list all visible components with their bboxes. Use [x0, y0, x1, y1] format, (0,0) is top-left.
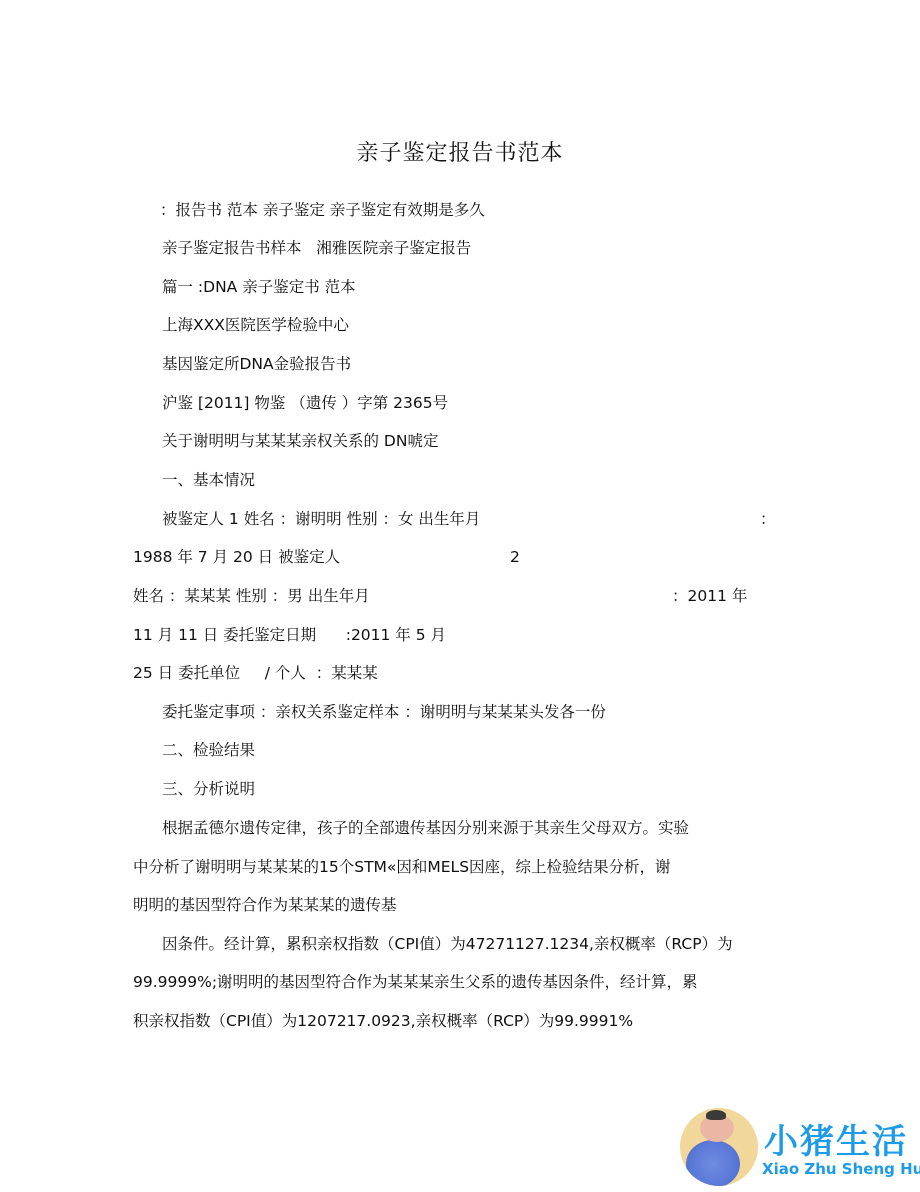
document-line: 积亲权指数（CPI值）为1207217.0923,亲权概率（RCP）为99.99…	[133, 1011, 633, 1031]
watermark-name-en: Xiao Zhu Sheng Huo	[762, 1160, 920, 1178]
document-line: 基因鉴定所DNA金验报告书	[162, 354, 351, 374]
document-line: 中分析了谢明明与某某某的15个STM«因和MELS因座，综上检验结果分析，谢	[133, 857, 671, 877]
document-line: 25 日 委托单位 / 个人 ：某某某	[133, 663, 378, 683]
watermark-name-cn: 小猪生活	[764, 1114, 908, 1163]
document-line: 沪鉴 [2011] 物鉴 （遗传 ）字第 2365号	[162, 393, 448, 413]
document-line: 一、基本情况	[162, 470, 255, 490]
document-title: 亲子鉴定报告书范本	[0, 136, 920, 167]
document-line: 1988 年 7 月 20 日 被鉴定人	[133, 547, 340, 567]
document-line: 三、分析说明	[162, 779, 255, 799]
document-line: 因条件。经计算，累积亲权指数（CPI值）为47271127.1234,亲权概率（…	[162, 934, 733, 954]
document-line: 根据孟德尔遗传定律，孩子的全部遗传基因分别来源于其亲生父母双方。实验	[162, 818, 689, 838]
pig-mascot-icon	[680, 1108, 758, 1186]
document-line: 关于谢明明与某某某亲权关系的 DN唬定	[162, 431, 438, 451]
document-line: ：2011 年	[672, 586, 747, 606]
document-line: 亲子鉴定报告书样本 湘雅医院亲子鉴定报告	[162, 238, 471, 258]
document-line: 明明的基因型符合作为某某某的遗传基	[133, 895, 397, 915]
document-line: 11 月 11 日 委托鉴定日期 :2011 年 5 月	[133, 625, 446, 645]
document-line: 被鉴定人 1 姓名 ：谢明明 性别 ：女 出生年月	[162, 509, 480, 529]
document-line: ：报告书 范本 亲子鉴定 亲子鉴定有效期是多久	[160, 200, 485, 220]
watermark-logo: 小猪生活 Xiao Zhu Sheng Huo	[680, 1108, 920, 1192]
document-line: 委托鉴定事项 ：亲权关系鉴定样本 ：谢明明与某某某头发各一份	[162, 702, 606, 722]
document-line: 99.9999%;谢明明的基因型符合作为某某某亲生父系的遗传基因条件，经计算，累	[133, 972, 698, 992]
document-line: 上海XXX医院医学检验中心	[162, 315, 349, 335]
document-line: 2	[510, 547, 520, 567]
donut-shape	[686, 1140, 740, 1186]
pig-hair-shape	[706, 1110, 726, 1120]
document-line: 二、检验结果	[162, 740, 255, 760]
document-line: 篇一 :DNA 亲子鉴定书 范本	[162, 277, 356, 297]
document-line: ：	[760, 509, 776, 529]
document-line: 姓名 ：某某某 性别 ：男 出生年月	[133, 586, 370, 606]
